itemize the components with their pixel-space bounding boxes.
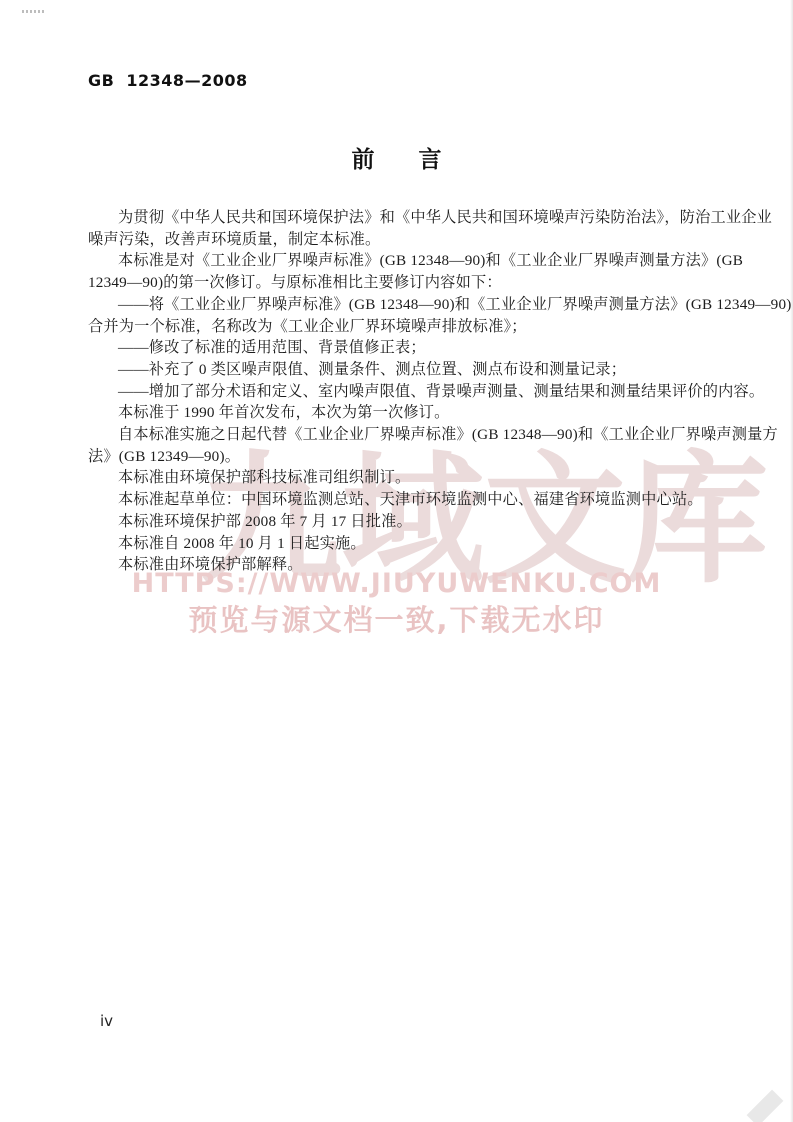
body-line: 本标准是对《工业企业厂界噪声标准》(GB 12348—90)和《工业企业厂界噪声…: [88, 250, 728, 272]
body-line: ——补充了 0 类区噪声限值、测量条件、测点位置、测点布设和测量记录；: [88, 359, 728, 381]
scan-corner-artifact: [747, 1090, 784, 1122]
body-line: ——增加了部分术语和定义、室内噪声限值、背景噪声测量、测量结果和测量结果评价的内…: [88, 381, 728, 403]
title-char-yan: 言: [419, 141, 442, 174]
document-page: GB 12348—2008 前 言 九域文库 HTTPS://WWW.JIUYU…: [0, 0, 793, 1122]
body-line: 本标准自 2008 年 10 月 1 日起实施。: [88, 533, 728, 555]
body-line: 本标准环境保护部 2008 年 7 月 17 日批准。: [88, 511, 728, 533]
body-line: 本标准由环境保护部科技标准司组织制订。: [88, 467, 728, 489]
watermark-slogan-text: 预览与源文档一致,下载无水印: [0, 603, 793, 637]
body-line: ——修改了标准的适用范围、背景值修正表；: [88, 337, 728, 359]
body-line: 本标准起草单位：中国环境监测总站、天津市环境监测中心、福建省环境监测中心站。: [88, 489, 728, 511]
standard-number: GB 12348—2008: [88, 71, 248, 90]
body-line: 合并为一个标准，名称改为《工业企业厂界环境噪声排放标准》；: [88, 316, 728, 338]
body-line: ——将《工业企业厂界噪声标准》(GB 12348—90)和《工业企业厂界噪声测量…: [88, 294, 728, 316]
page-number: iv: [100, 1012, 113, 1030]
foreword-body: 为贯彻《中华人民共和国环境保护法》和《中华人民共和国环境噪声污染防治法》，防治工…: [88, 207, 728, 576]
body-line: 本标准于 1990 年首次发布，本次为第一次修订。: [88, 402, 728, 424]
body-line: 为贯彻《中华人民共和国环境保护法》和《中华人民共和国环境噪声污染防治法》，防治工…: [88, 207, 728, 229]
body-line: 12349—90)的第一次修订。与原标准相比主要修订内容如下：: [88, 272, 728, 294]
body-line: 自本标准实施之日起代替《工业企业厂界噪声标准》(GB 12348—90)和《工业…: [88, 424, 728, 446]
page-title: 前 言: [0, 141, 793, 174]
print-edge-mark: [22, 10, 44, 13]
body-line: 法》(GB 12349—90)。: [88, 446, 728, 468]
title-char-qian: 前: [352, 141, 375, 174]
body-line: 本标准由环境保护部解释。: [88, 554, 728, 576]
body-line: 噪声污染，改善声环境质量，制定本标准。: [88, 229, 728, 251]
